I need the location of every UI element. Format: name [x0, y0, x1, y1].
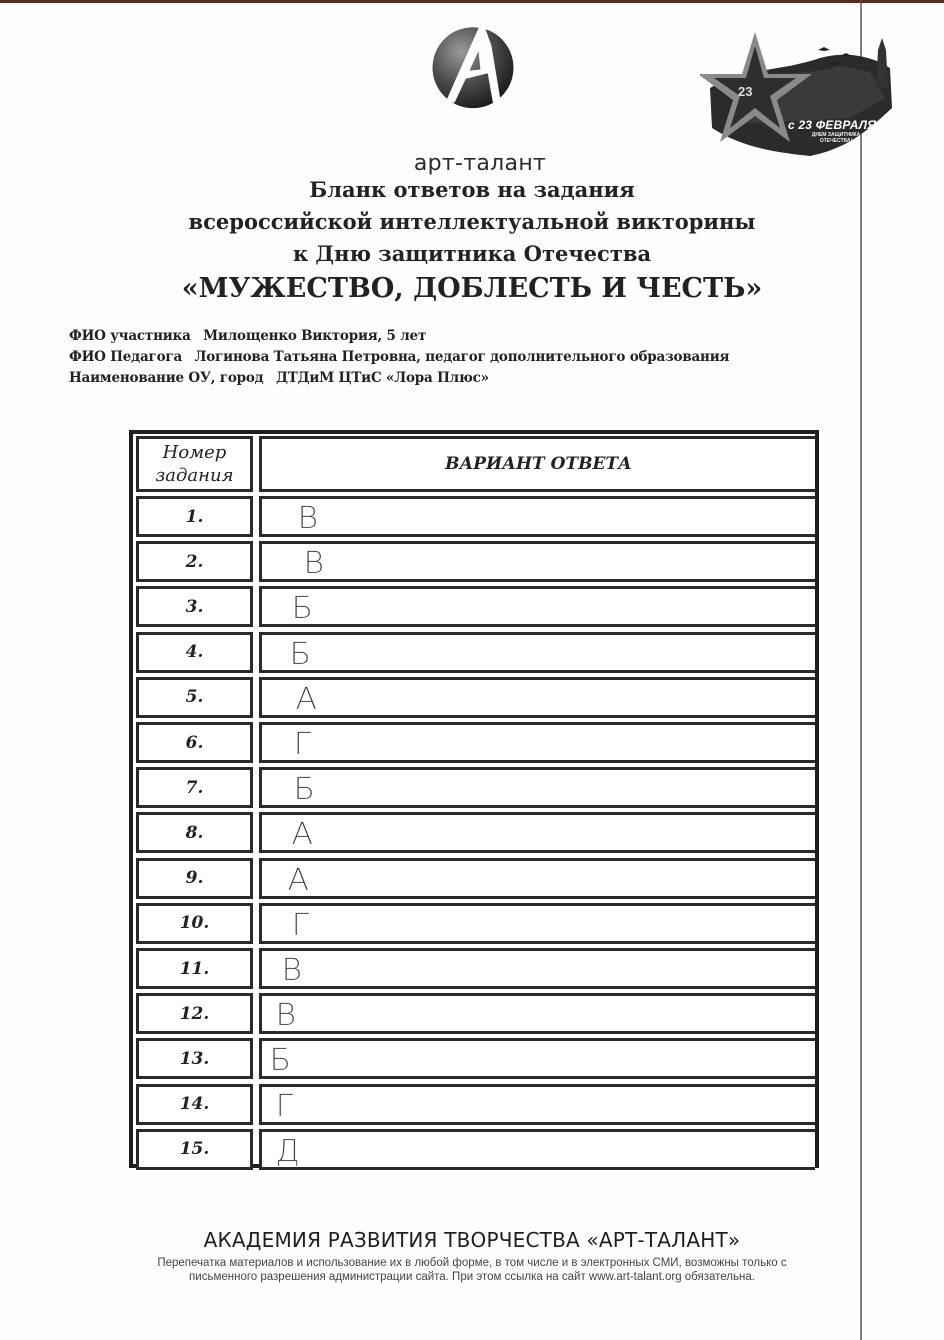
- header-task-number: Номер задания: [136, 436, 253, 492]
- answer-cell: А: [259, 858, 815, 899]
- answer-cell: В: [259, 948, 815, 989]
- handwritten-answer: Г: [294, 727, 312, 762]
- participant-label: ФИО участника: [69, 328, 191, 344]
- quiz-name: «МУЖЕСТВО, ДОБЛЕСТЬ И ЧЕСТЬ»: [0, 270, 944, 308]
- logo-text: арт-талант: [410, 151, 550, 176]
- handwritten-answer: Г: [276, 1089, 294, 1124]
- teacher-label: ФИО Педагога: [69, 349, 182, 365]
- handwritten-answer: Б: [291, 591, 313, 626]
- answer-table: Номер задания ВАРИАНТ ОТВЕТА 1. В 2. В 3…: [129, 430, 819, 1168]
- footer-title: АКАДЕМИЯ РАЗВИТИЯ ТВОРЧЕСТВА «АРТ-ТАЛАНТ…: [0, 1228, 944, 1252]
- handwritten-answer: А: [295, 682, 317, 717]
- teacher-line: ФИО Педагога Логинова Татьяна Петровна, …: [69, 347, 729, 368]
- task-number: 14.: [136, 1084, 253, 1125]
- footer: АКАДЕМИЯ РАЗВИТИЯ ТВОРЧЕСТВА «АРТ-ТАЛАНТ…: [0, 1228, 944, 1284]
- school-value: ДТДиМ ЦТиС «Лора Плюс»: [276, 370, 489, 386]
- title-line-3: к Дню защитника Отечества: [0, 238, 944, 270]
- art-talant-logo: арт-талант: [425, 18, 525, 138]
- handwritten-answer: Д: [275, 1134, 299, 1169]
- table-row-10: 10. Г: [133, 903, 815, 944]
- table-row-5: 5. А: [133, 677, 815, 718]
- task-number: 11.: [136, 948, 253, 989]
- answer-cell: В: [259, 993, 815, 1034]
- table-row-7: 7. Б: [133, 767, 815, 808]
- banner-number: 23: [738, 84, 752, 99]
- task-number: 9.: [136, 858, 253, 899]
- answer-cell: Д: [259, 1129, 815, 1170]
- table-row-8: 8. А: [133, 812, 815, 853]
- answer-cell: А: [259, 677, 815, 718]
- task-number: 13.: [136, 1038, 253, 1079]
- table-row-1: 1. В: [133, 496, 815, 537]
- task-number: 6.: [136, 722, 253, 763]
- table-row-9: 9. А: [133, 858, 815, 899]
- task-number: 4.: [136, 632, 253, 673]
- scan-top-edge: [0, 0, 944, 3]
- answer-cell: Б: [259, 1038, 815, 1079]
- table-header-row: Номер задания ВАРИАНТ ОТВЕТА: [133, 436, 815, 492]
- handwritten-answer: Г: [292, 908, 310, 943]
- task-number: 3.: [136, 586, 253, 627]
- table-row-6: 6. Г: [133, 722, 815, 763]
- answer-cell: Б: [259, 632, 815, 673]
- answer-cell: Б: [259, 767, 815, 808]
- task-number: 1.: [136, 496, 253, 537]
- handwritten-answer: В: [276, 998, 297, 1033]
- copyright-line-1: Перепечатка материалов и использование и…: [0, 1256, 944, 1270]
- participant-info: ФИО участника Милощенко Виктория, 5 лет …: [69, 326, 729, 389]
- table-row-11: 11. В: [133, 948, 815, 989]
- table-row-12: 12. В: [133, 993, 815, 1034]
- task-number: 10.: [136, 903, 253, 944]
- handwritten-answer: Б: [289, 637, 311, 672]
- school-line: Наименование ОУ, город ДТДиМ ЦТиС «Лора …: [69, 368, 729, 389]
- table-row-3: 3. Б: [133, 586, 815, 627]
- task-number: 8.: [136, 812, 253, 853]
- table-row-2: 2. В: [133, 541, 815, 582]
- answer-cell: Г: [259, 903, 815, 944]
- holiday-banner: 23 с 23 ФЕВРАЛЯ ДНЕМ ЗАЩИТНИКА ОТЕЧЕСТВА…: [700, 28, 895, 160]
- art-talant-logo-icon: [427, 18, 519, 110]
- answer-cell: Б: [259, 586, 815, 627]
- participant-value: Милощенко Виктория, 5 лет: [203, 328, 426, 344]
- table-row-15: 15. Д: [133, 1129, 815, 1170]
- header-answer: ВАРИАНТ ОТВЕТА: [259, 436, 815, 492]
- task-number: 7.: [136, 767, 253, 808]
- handwritten-answer: Б: [269, 1043, 291, 1078]
- header-num-line2: задания: [155, 464, 233, 487]
- title-line-1: Бланк ответов на задания: [0, 174, 944, 206]
- copyright-line-2: письменного разрешения администрации сай…: [0, 1270, 944, 1284]
- header-num-line1: Номер: [163, 441, 227, 464]
- answer-cell: А: [259, 812, 815, 853]
- handwritten-answer: В: [298, 501, 319, 536]
- answer-cell: Г: [259, 1084, 815, 1125]
- table-row-13: 13. Б: [133, 1038, 815, 1079]
- task-number: 2.: [136, 541, 253, 582]
- table-row-14: 14. Г: [133, 1084, 815, 1125]
- handwritten-answer: В: [282, 953, 303, 988]
- handwritten-answer: Б: [293, 772, 315, 807]
- banner-text-sub: ДНЕМ ЗАЩИТНИКА ОТЕЧЕСТВА!: [796, 132, 876, 144]
- copyright-note: Перепечатка материалов и использование и…: [0, 1256, 944, 1284]
- banner-text-main: с 23 ФЕВРАЛЯ: [788, 118, 876, 132]
- answer-cell: Г: [259, 722, 815, 763]
- document-title: Бланк ответов на задания всероссийской и…: [0, 174, 944, 308]
- table-row-4: 4. Б: [133, 632, 815, 673]
- handwritten-answer: А: [291, 817, 313, 852]
- task-number: 15.: [136, 1129, 253, 1170]
- handwritten-answer: А: [287, 863, 309, 898]
- answer-cell: В: [259, 496, 815, 537]
- school-label: Наименование ОУ, город: [69, 370, 263, 386]
- handwritten-answer: В: [304, 546, 325, 581]
- answer-cell: В: [259, 541, 815, 582]
- teacher-value: Логинова Татьяна Петровна, педагог допол…: [195, 349, 730, 365]
- title-line-2: всероссийской интеллектуальной викторины: [0, 206, 944, 238]
- task-number: 12.: [136, 993, 253, 1034]
- participant-line: ФИО участника Милощенко Виктория, 5 лет: [69, 326, 729, 347]
- task-number: 5.: [136, 677, 253, 718]
